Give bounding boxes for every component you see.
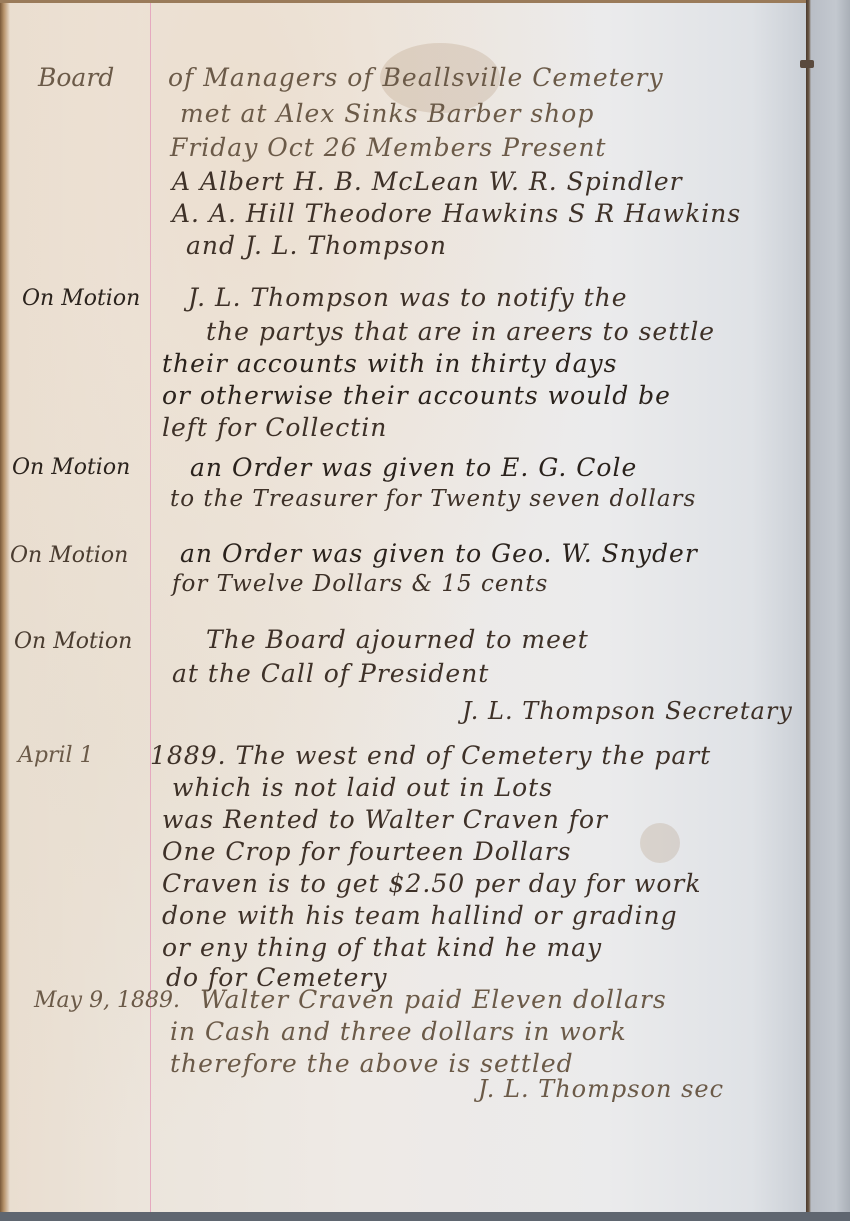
- page-edge: [0, 3, 10, 1215]
- text-line: A. A. Hill Theodore Hawkins S R Hawkins: [172, 199, 741, 228]
- margin-note: On Motion: [22, 286, 140, 311]
- page-bottom-edge: [0, 1212, 850, 1221]
- text-line: their accounts with in thirty days: [162, 349, 617, 378]
- text-line: for Twelve Dollars & 15 cents: [172, 571, 548, 597]
- text-line: the partys that are in areers to settle: [206, 317, 715, 346]
- text-line: Walter Craven paid Eleven dollars: [200, 985, 667, 1014]
- text-line: J. L. Thompson was to notify the: [188, 283, 628, 312]
- text-line: Craven is to get $2.50 per day for work: [162, 869, 702, 898]
- text-line: in Cash and three dollars in work: [170, 1017, 627, 1046]
- margin-note: Board: [38, 63, 114, 92]
- text-line: The Board ajourned to meet: [206, 625, 589, 654]
- binding-clip: [800, 60, 814, 68]
- margin-note: May 9, 1889.: [34, 988, 180, 1013]
- text-line: which is not laid out in Lots: [172, 773, 553, 802]
- text-line: A Albert H. B. McLean W. R. Spindler: [172, 167, 683, 196]
- secretary-signature: J. L. Thompson sec: [478, 1075, 724, 1103]
- text-line: an Order was given to E. G. Cole: [190, 453, 637, 482]
- text-line: and J. L. Thompson: [186, 231, 447, 260]
- ledger-page: Board of Managers of Beallsville Cemeter…: [0, 0, 808, 1215]
- text-line: an Order was given to Geo. W. Snyder: [180, 539, 698, 568]
- text-line: or eny thing of that kind he may: [162, 933, 602, 962]
- text-line: was Rented to Walter Craven for: [162, 805, 608, 834]
- text-line: done with his team hallind or grading: [162, 901, 678, 930]
- text-line: left for Collectin: [162, 413, 387, 442]
- text-line: Friday Oct 26 Members Present: [170, 133, 606, 162]
- text-line: met at Alex Sinks Barber shop: [180, 99, 594, 128]
- text-line: at the Call of President: [172, 659, 489, 688]
- margin-note: April 1: [18, 743, 94, 768]
- paper-stain: [640, 823, 680, 863]
- text-line: of Managers of Beallsville Cemetery: [168, 63, 664, 92]
- text-line: or otherwise their accounts would be: [162, 381, 671, 410]
- secretary-signature: J. L. Thompson Secretary: [462, 697, 793, 725]
- margin-note: On Motion: [14, 629, 132, 654]
- margin-note: On Motion: [12, 455, 130, 480]
- text-line: 1889. The west end of Cemetery the part: [150, 741, 711, 770]
- margin-rule: [150, 3, 151, 1215]
- book-binding: [806, 0, 850, 1221]
- text-line: therefore the above is settled: [170, 1049, 574, 1078]
- margin-note: On Motion: [10, 543, 128, 568]
- text-line: to the Treasurer for Twenty seven dollar…: [170, 486, 696, 512]
- text-line: One Crop for fourteen Dollars: [162, 837, 571, 866]
